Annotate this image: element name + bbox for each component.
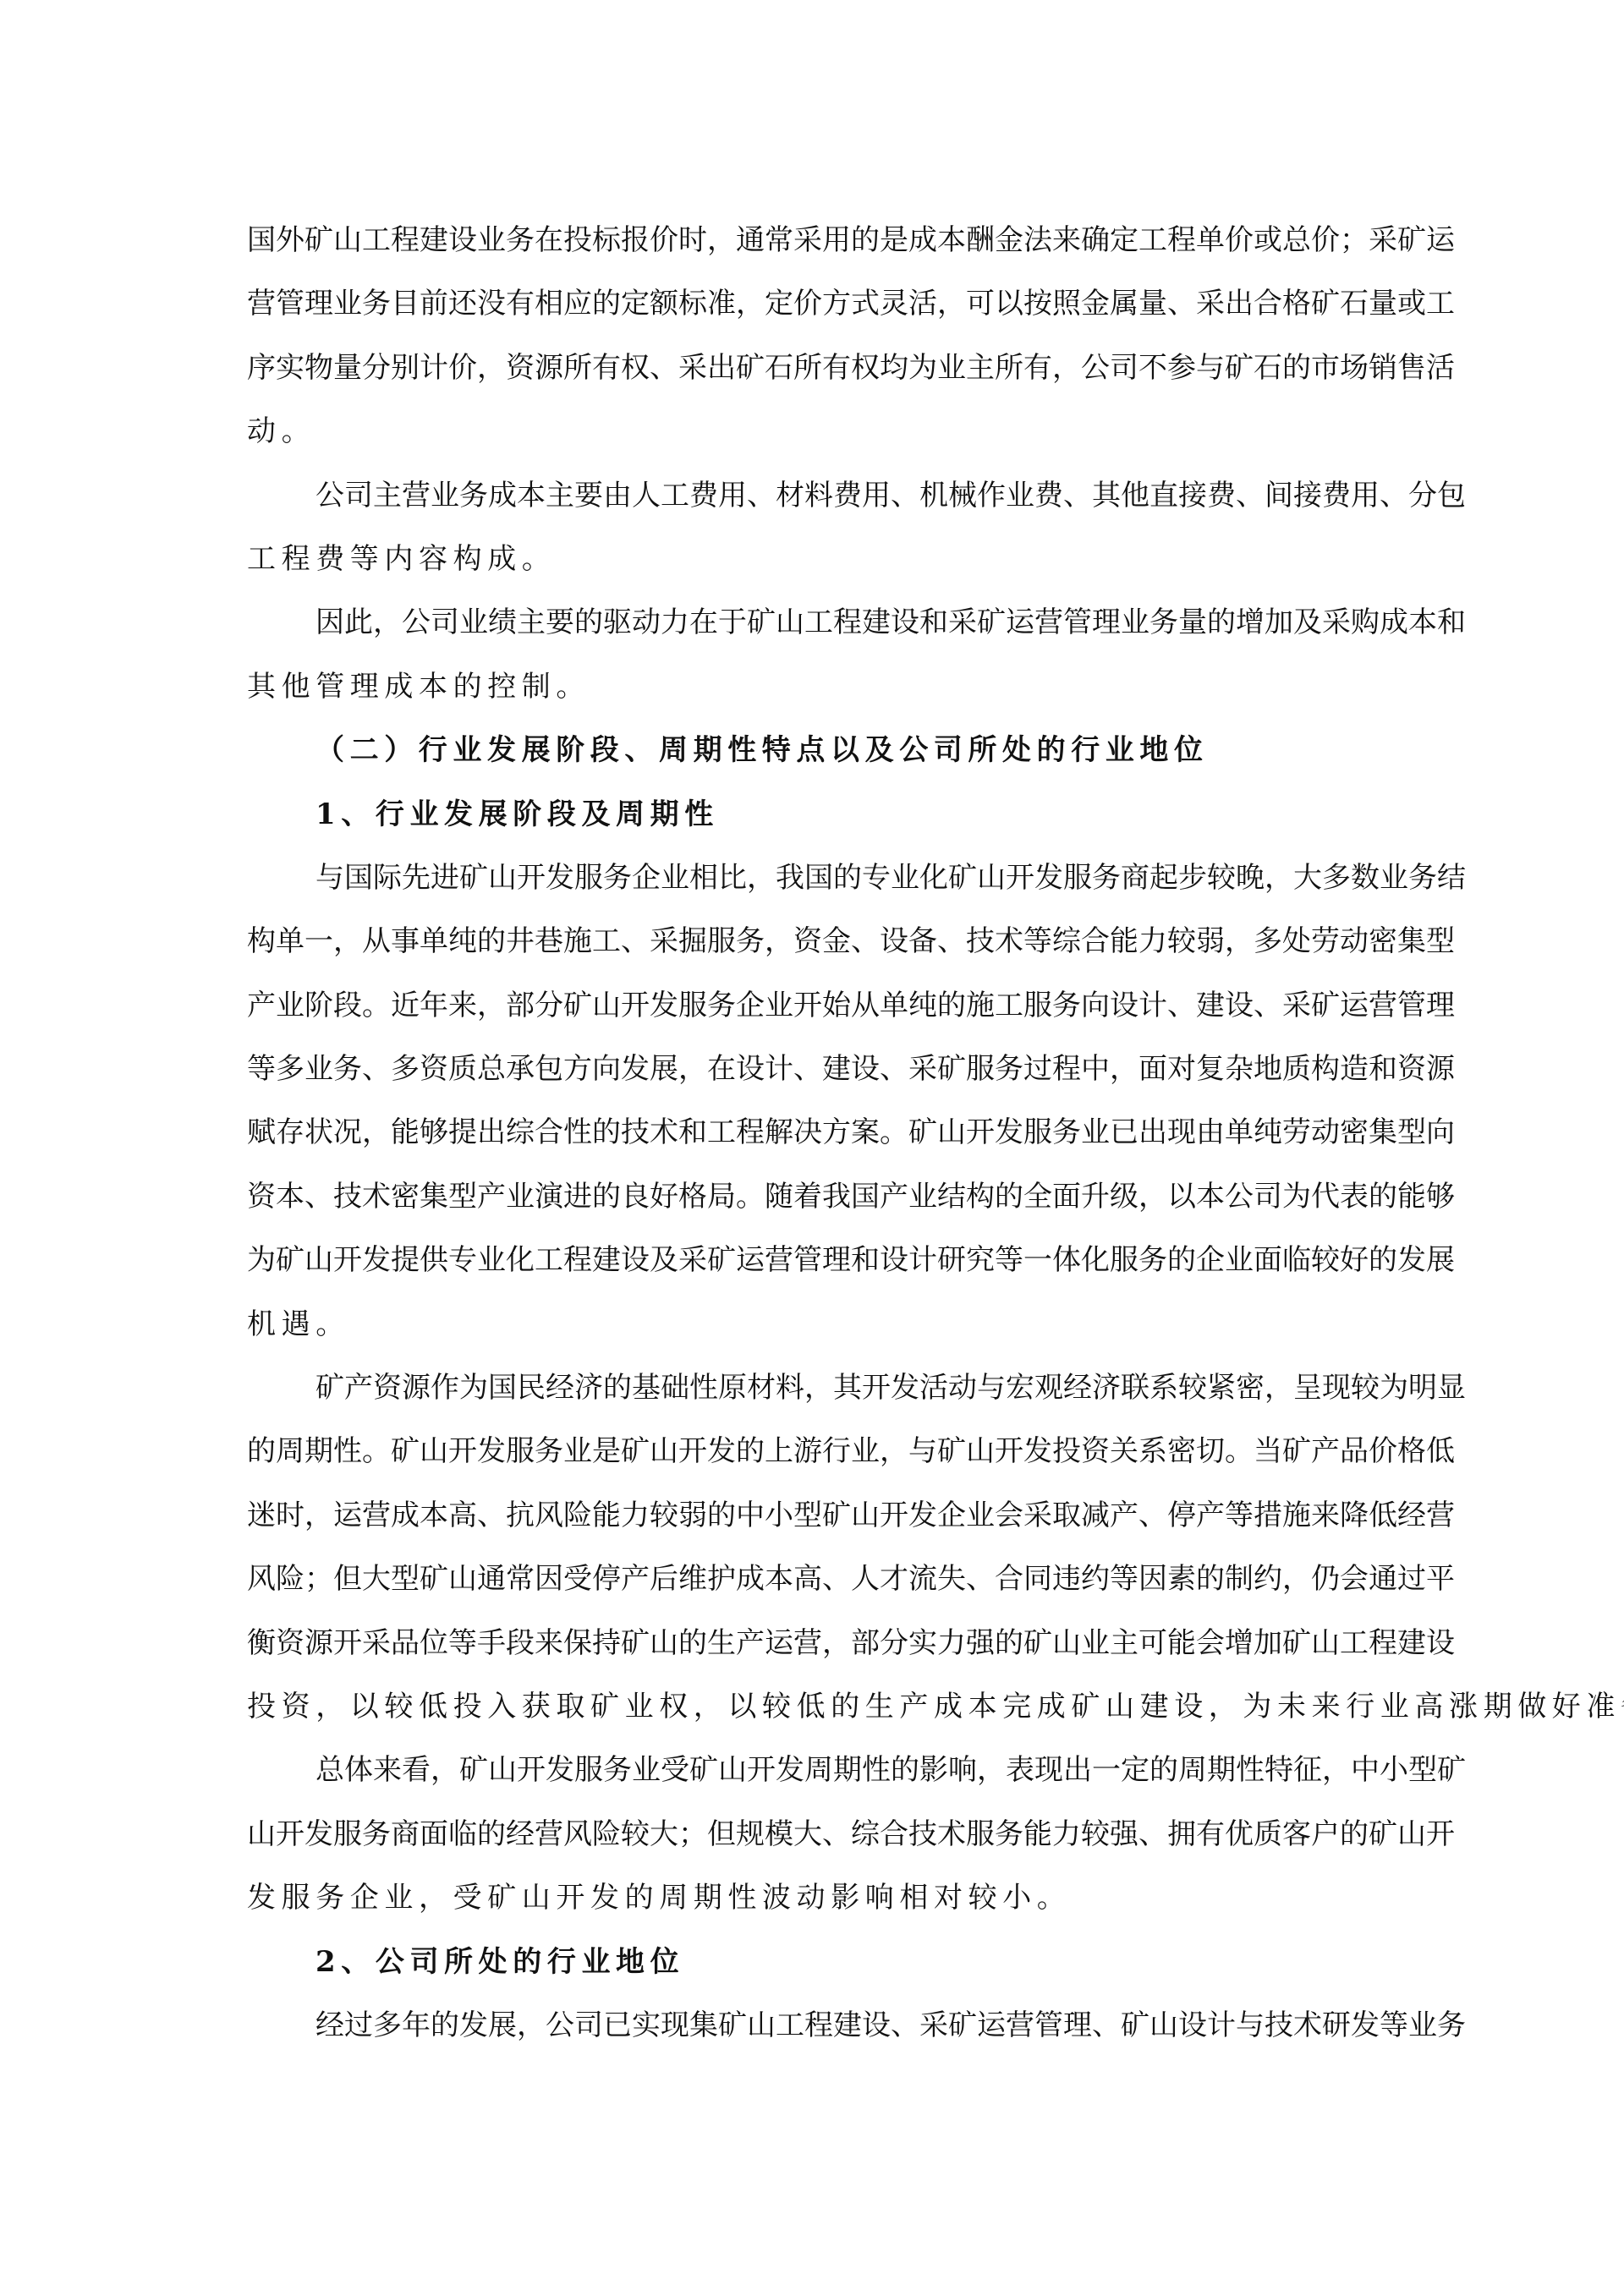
text-line: 矿产资源作为国民经济的基础性原材料，其开发活动与宏观经济联系较紧密，呈现较为明显 [247,1371,1451,1434]
section-heading: （二）行业发展阶段、周期性特点以及公司所处的行业地位 [247,733,1451,797]
text-line: 资本、技术密集型产业演进的良好格局。随着我国产业结构的全面升级，以本公司为代表的… [247,1180,1451,1243]
text-line: 等多业务、多资质总承包方向发展，在设计、建设、采矿服务过程中，面对复杂地质构造和… [247,1052,1451,1115]
text-line: 工程费等内容构成。 [247,542,1451,606]
text-line: 的周期性。矿山开发服务业是矿山开发的上游行业，与矿山开发投资关系密切。当矿产品价… [247,1434,1451,1498]
text-line: 公司主营业务成本主要由人工费用、材料费用、机械作业费、其他直接费、间接费用、分包 [247,479,1451,542]
text-line: 投资，以较低投入获取矿业权，以较低的生产成本完成矿山建设，为未来行业高涨期做好准… [247,1690,1451,1753]
paragraph-cyclicality: 矿产资源作为国民经济的基础性原材料，其开发活动与宏观经济联系较紧密，呈现较为明显… [247,1371,1451,1753]
paragraph-performance-drivers: 因此，公司业绩主要的驱动力在于矿山工程建设和采矿运营管理业务量的增加及采购成本和… [247,606,1451,733]
text-line: 其他管理成本的控制。 [247,670,1451,733]
text-line: 国外矿山工程建设业务在投标报价时，通常采用的是成本酬金法来确定工程单价或总价；采… [247,223,1451,287]
document-page: 国外矿山工程建设业务在投标报价时，通常采用的是成本酬金法来确定工程单价或总价；采… [247,223,1451,2072]
text-line: 为矿山开发提供专业化工程建设及采矿运营管理和设计研究等一体化服务的企业面临较好的… [247,1243,1451,1307]
text-line: 因此，公司业绩主要的驱动力在于矿山工程建设和采矿运营管理业务量的增加及采购成本和 [247,606,1451,669]
text-line: 风险；但大型矿山通常因受停产后维护成本高、人才流失、合同违约等因素的制约，仍会通… [247,1562,1451,1625]
section-heading-industry: （二）行业发展阶段、周期性特点以及公司所处的行业地位 [247,733,1451,797]
text-line: 营管理业务目前还没有相应的定额标准，定价方式灵活，可以按照金属量、采出合格矿石量… [247,287,1451,350]
subsection-heading: 1、行业发展阶段及周期性 [247,797,1451,861]
text-line: 与国际先进矿山开发服务企业相比，我国的专业化矿山开发服务商起步较晚，大多数业务结 [247,861,1451,924]
subsection-heading: 2、公司所处的行业地位 [247,1945,1451,2008]
paragraph-pricing: 国外矿山工程建设业务在投标报价时，通常采用的是成本酬金法来确定工程单价或总价；采… [247,223,1451,479]
text-line: 赋存状况，能够提出综合性的技术和工程解决方案。矿山开发服务业已出现由单纯劳动密集… [247,1115,1451,1179]
text-line: 构单一，从事单纯的井巷施工、采掘服务，资金、设备、技术等综合能力较弱，多处劳动密… [247,924,1451,988]
paragraph-company-position: 经过多年的发展，公司已实现集矿山工程建设、采矿运营管理、矿山设计与技术研发等业务 [247,2008,1451,2072]
text-line: 山开发服务商面临的经营风险较大；但规模大、综合技术服务能力较强、拥有优质客户的矿… [247,1817,1451,1881]
text-line: 机遇。 [247,1307,1451,1371]
text-line: 经过多年的发展，公司已实现集矿山工程建设、采矿运营管理、矿山设计与技术研发等业务 [247,2008,1451,2072]
text-line: 产业阶段。近年来，部分矿山开发服务企业开始从单纯的施工服务向设计、建设、采矿运营… [247,989,1451,1052]
paragraph-overall-view: 总体来看，矿山开发服务业受矿山开发周期性的影响，表现出一定的周期性特征，中小型矿… [247,1753,1451,1944]
text-line: 序实物量分别计价，资源所有权、采出矿石所有权均为业主所有，公司不参与矿石的市场销… [247,351,1451,414]
text-line: 发服务企业，受矿山开发的周期性波动影响相对较小。 [247,1881,1451,1944]
text-line: 动。 [247,414,1451,478]
text-line: 迷时，运营成本高、抗风险能力较弱的中小型矿山开发企业会采取减产、停产等措施来降低… [247,1499,1451,1562]
text-line: 衡资源开采品位等手段来保持矿山的生产运营，部分实力强的矿山业主可能会增加矿山工程… [247,1626,1451,1690]
subsection-heading-cycle: 1、行业发展阶段及周期性 [247,797,1451,861]
paragraph-cost-structure: 公司主营业务成本主要由人工费用、材料费用、机械作业费、其他直接费、间接费用、分包… [247,479,1451,606]
paragraph-development-stage: 与国际先进矿山开发服务企业相比，我国的专业化矿山开发服务商起步较晚，大多数业务结… [247,861,1451,1371]
subsection-heading-position: 2、公司所处的行业地位 [247,1945,1451,2008]
text-line: 总体来看，矿山开发服务业受矿山开发周期性的影响，表现出一定的周期性特征，中小型矿 [247,1753,1451,1817]
